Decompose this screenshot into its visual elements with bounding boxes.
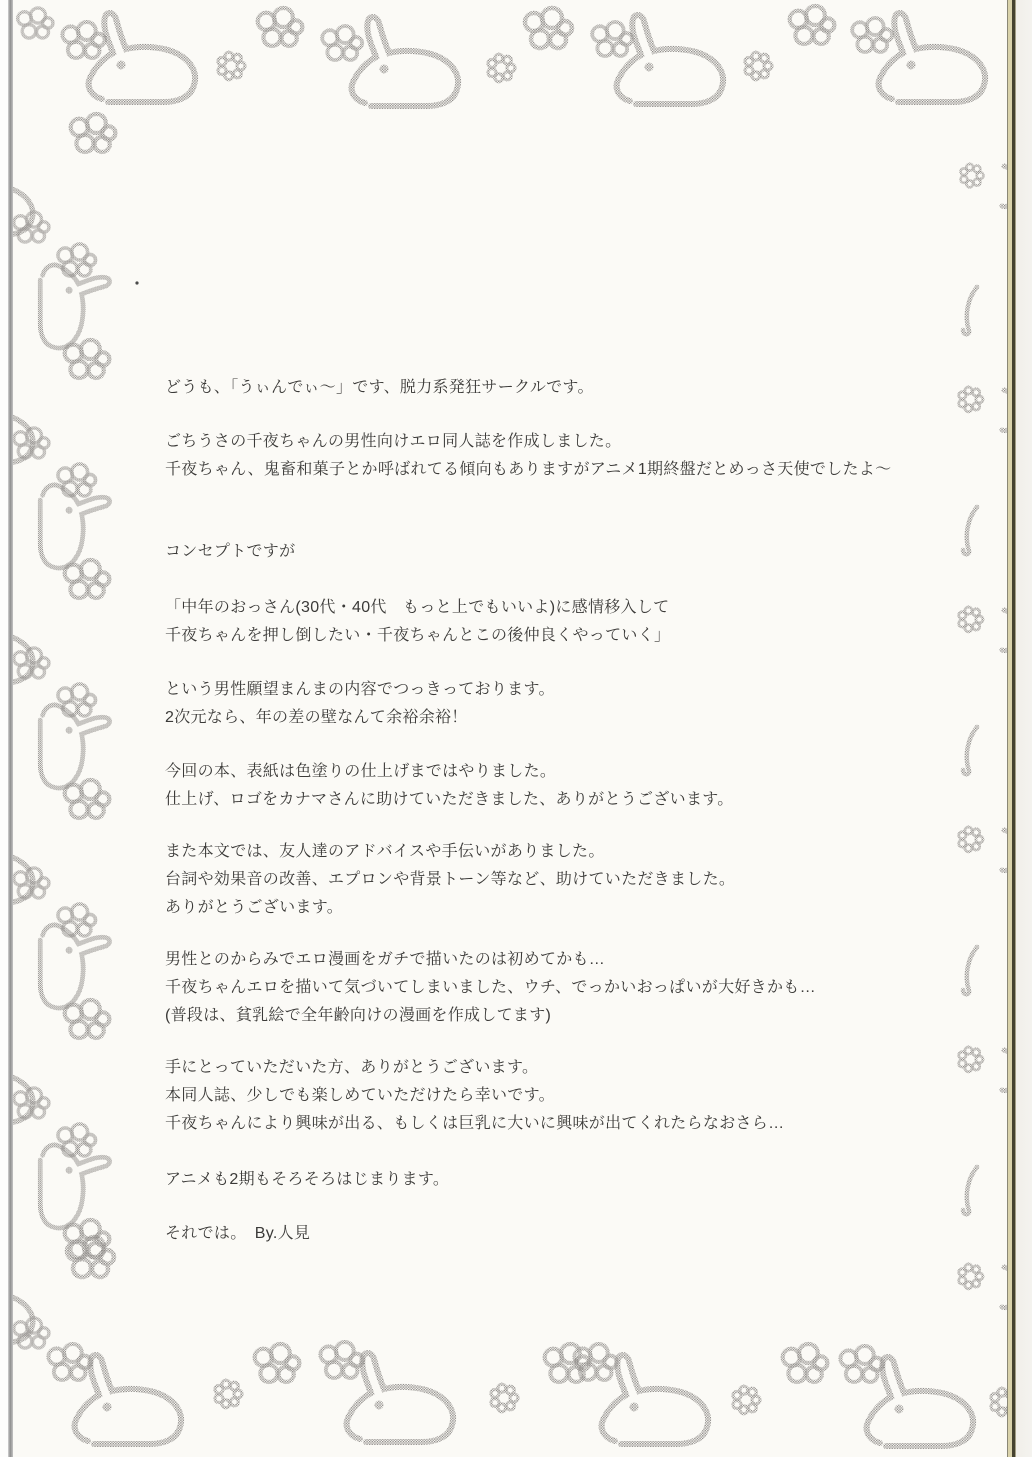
text-line: 千夜ちゃんエロを描いて気づいてしまいました、ウチ、でっかいおっぱいが大好きかも… <box>165 974 985 1002</box>
text-line: 2次元なら、年の差の壁なんて余裕余裕！ <box>165 704 985 732</box>
text-line: ありがとうございます。 <box>165 894 985 922</box>
text-line: アニメも2期もそろそろはじまります。 <box>165 1166 985 1194</box>
paragraph-concept-note: という男性願望まんまの内容でつっきっております。 2次元なら、年の差の壁なんて余… <box>165 676 985 732</box>
text-line: 「中年のおっさん(30代・40代 もっと上でもいいよ)に感情移入して <box>165 594 985 622</box>
paragraph-thanks-readers: 手にとっていただいた方、ありがとうございます。 本同人誌、少しでも楽しめていただ… <box>165 1054 985 1138</box>
paragraph-signoff: それでは。 By.人見 <box>165 1220 985 1248</box>
paragraph-concept-quote: 「中年のおっさん(30代・40代 もっと上でもいいよ)に感情移入して 千夜ちゃん… <box>165 594 985 650</box>
text-line: 千夜ちゃん、鬼畜和菓子とか呼ばれてる傾向もありますがアニメ1期終盤だとめっさ天使… <box>165 456 985 484</box>
paragraph-book-intro: ごちうさの千夜ちゃんの男性向けエロ同人誌を作成しました。 千夜ちゃん、鬼畜和菓子… <box>165 428 985 484</box>
page-right-edge-binding <box>1007 0 1032 1457</box>
text-line: 今回の本、表紙は色塗りの仕上げまではやりました。 <box>165 758 985 786</box>
text-line: また本文では、友人達のアドバイスや手伝いがありました。 <box>165 838 985 866</box>
text-line: (普段は、貧乳絵で全年齢向けの漫画を作成してます) <box>165 1002 985 1030</box>
paragraph-cover-credits: 今回の本、表紙は色塗りの仕上げまではやりました。 仕上げ、ロゴをカナマさんに助け… <box>165 758 985 814</box>
text-line: それでは。 By.人見 <box>165 1220 985 1248</box>
paragraph-reflection: 男性とのからみでエロ漫画をガチで描いたのは初めてかも… 千夜ちゃんエロを描いて気… <box>165 946 985 1030</box>
paragraph-anime-news: アニメも2期もそろそろはじまります。 <box>165 1166 985 1194</box>
text-line: 手にとっていただいた方、ありがとうございます。 <box>165 1054 985 1082</box>
text-line: 仕上げ、ロゴをカナマさんに助けていただきました、ありがとうございます。 <box>165 786 985 814</box>
text-line: 千夜ちゃんを押し倒したい・千夜ちゃんとこの後仲良くやっていく」 <box>165 622 985 650</box>
text-line: どうも、「うぃんでぃ〜」です、脱力系発狂サークルです。 <box>165 374 985 402</box>
text-line: ごちうさの千夜ちゃんの男性向けエロ同人誌を作成しました。 <box>165 428 985 456</box>
text-line: 台詞や効果音の改善、エプロンや背景トーン等など、助けていただきました。 <box>165 866 985 894</box>
paragraph-concept-header: コンセプトですが <box>165 538 985 566</box>
text-line: という男性願望まんまの内容でつっきっております。 <box>165 676 985 704</box>
text-line: 千夜ちゃんにより興味が出る、もしくは巨乳に大いに興味が出てくれたらなおさら… <box>165 1110 985 1138</box>
text-line: 男性とのからみでエロ漫画をガチで描いたのは初めてかも… <box>165 946 985 974</box>
page-left-margin <box>0 0 8 1457</box>
afterword-text: どうも、「うぃんでぃ〜」です、脱力系発狂サークルです。 ごちうさの千夜ちゃんの男… <box>0 0 1032 1457</box>
scanned-afterword-page: どうも、「うぃんでぃ〜」です、脱力系発狂サークルです。 ごちうさの千夜ちゃんの男… <box>0 0 1032 1457</box>
text-line: 本同人誌、少しでも楽しめていただけたら幸いです。 <box>165 1082 985 1110</box>
paragraph-friend-credits: また本文では、友人達のアドバイスや手伝いがありました。 台詞や効果音の改善、エプ… <box>165 838 985 922</box>
text-line: コンセプトですが <box>165 538 985 566</box>
page-left-edge-line <box>8 0 13 1457</box>
paragraph-greeting: どうも、「うぃんでぃ〜」です、脱力系発狂サークルです。 <box>165 374 985 402</box>
